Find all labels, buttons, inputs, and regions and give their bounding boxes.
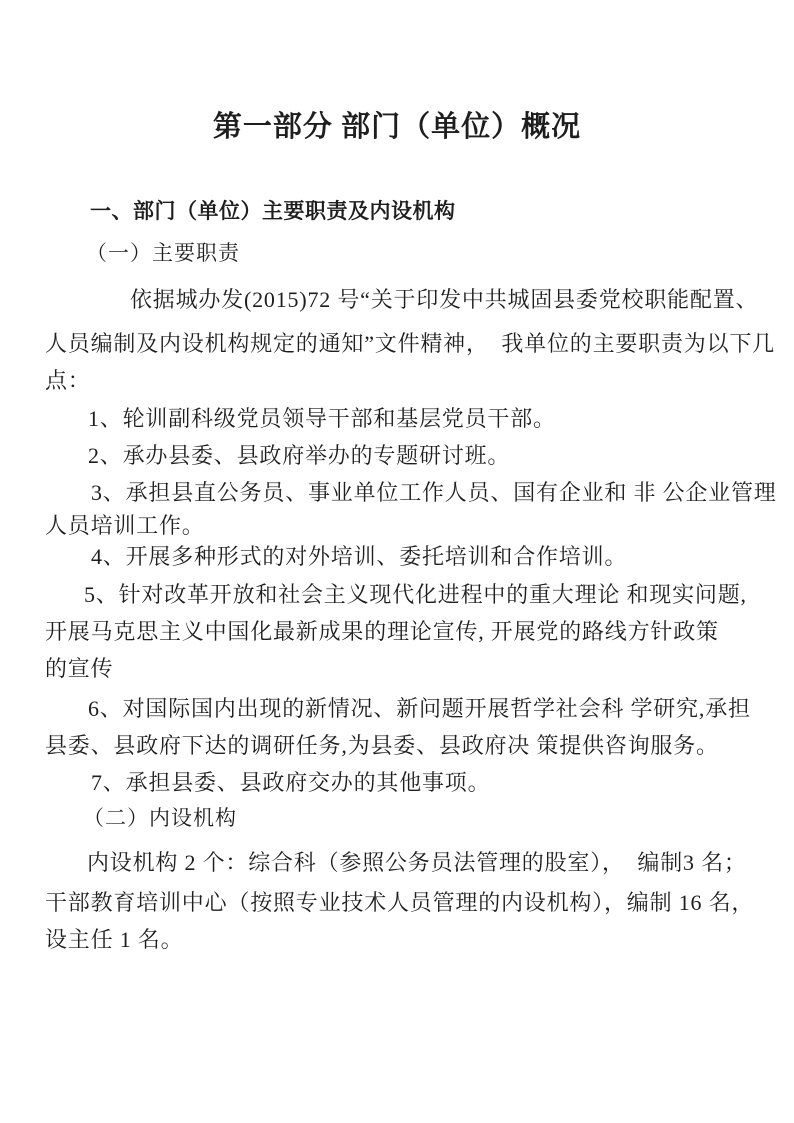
document-title: 第一部分 部门（单位）概况 — [0, 104, 794, 145]
duties-intro-line-1: 依据城办发(2015)72 号“关于印发中共城固县委党校职能配置、 — [130, 287, 758, 313]
section-heading: 一、部门（单位）主要职责及内设机构 — [90, 199, 456, 224]
subsection-organization-heading: （二）内设机构 — [83, 806, 237, 831]
document-page: 第一部分 部门（单位）概况 一、部门（单位）主要职责及内设机构 （一）主要职责 … — [0, 0, 794, 1123]
organization-line-3: 设主任 1 名。 — [45, 927, 183, 953]
duty-item-5-line-2: 开展马克思主义中国化最新成果的理论宣传, 开展党的路线方针政策 — [45, 619, 719, 645]
subsection-duties-heading: （一）主要职责 — [86, 241, 240, 266]
duty-item-4: 4、开展多种形式的对外培训、委托培训和合作培训。 — [91, 544, 627, 570]
duty-item-1: 1、轮训副科级党员领导干部和基层党员干部。 — [88, 406, 556, 432]
duties-intro-line-2: 人员编制及内设机构规定的通知”文件精神， 我单位的主要职责为以下几 — [45, 331, 775, 357]
duty-item-5-line-3: 的宣传 — [45, 656, 113, 682]
duty-item-7: 7、承担县委、县政府交办的其他事项。 — [91, 770, 490, 796]
organization-line-1: 内设机构 2 个：综合科（参照公务员法管理的股室）， 编制3 名； — [87, 850, 747, 876]
duty-item-2: 2、承办县委、县政府举办的专题研讨班。 — [88, 443, 510, 469]
duty-item-3-line-1: 3、承担县直公务员、事业单位工作人员、国有企业和 非 公企业管理 — [91, 480, 777, 506]
duty-item-6-line-2: 县委、县政府下达的调研任务,为县委、县政府决 策提供咨询服务。 — [45, 733, 719, 759]
duty-item-6-line-1: 6、对国际国内出现的新情况、新问题开展哲学社会科 学研究,承担 — [88, 696, 751, 722]
duty-item-3-line-2: 人员培训工作。 — [45, 513, 205, 539]
duties-intro-line-3: 点： — [45, 368, 91, 394]
duty-item-5-line-1: 5、针对改革开放和社会主义现代化进程中的重大理论 和现实问题, — [84, 582, 747, 608]
organization-line-2: 干部教育培训中心（按照专业技术人员管理的内设机构），编制 16 名， — [45, 890, 754, 916]
